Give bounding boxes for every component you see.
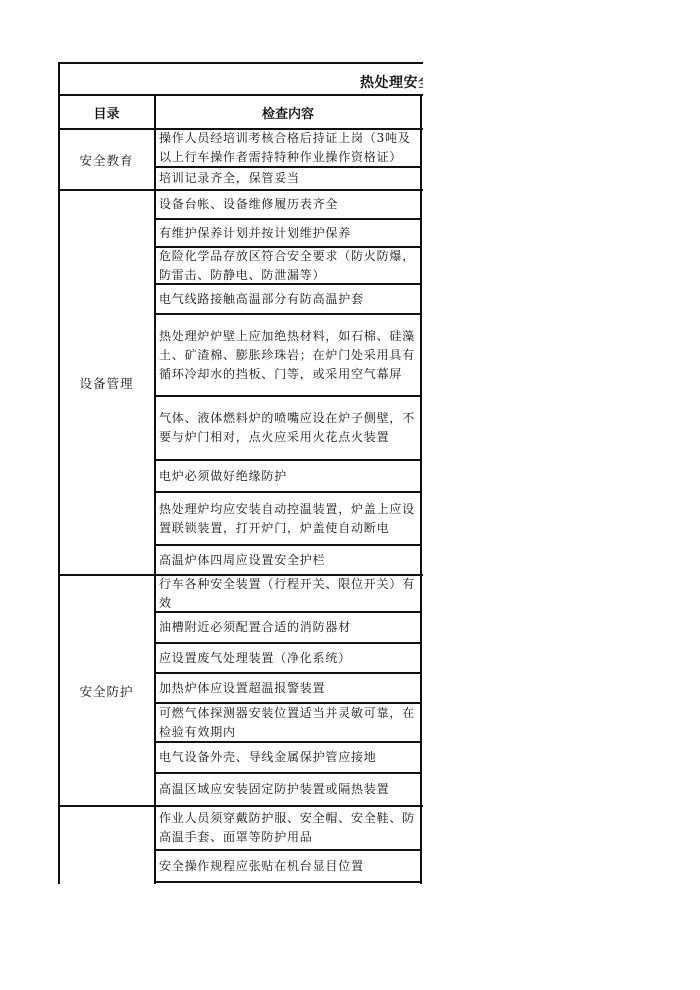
check-item: 电炉必须做好绝缘防护: [159, 467, 287, 486]
check-item: 可燃气体探测器安装位置适当并灵敏可靠，在检验有效期内: [159, 704, 417, 742]
table-row: 操作人员经培训考核合格后持证上岗（3吨及以上行车操作者需持特种作业操作资格证）: [155, 129, 421, 167]
row-divider: [155, 849, 422, 851]
table-border-left: [58, 62, 60, 884]
column-header-divider: [58, 128, 423, 130]
table-row: 气体、液体燃料炉的喷嘴应设在炉子侧壁，不要与炉门相对，点火应采用火花点火装置: [155, 396, 421, 460]
row-divider: [155, 395, 422, 397]
table-row: 行车各种安全装置（行程开关、限位开关）有效: [155, 575, 421, 612]
check-item: 热处理炉炉壁上应加绝热材料，如石棉、硅藻土、矿渣棉、膨胀珍珠岩；在炉门处采用具有…: [159, 327, 417, 384]
row-divider: [154, 881, 422, 883]
row-divider: [155, 611, 422, 613]
check-item: 行车各种安全装置（行程开关、限位开关）有效: [159, 575, 417, 613]
table-row: 有维护保养计划并按计划维护保养: [155, 219, 421, 247]
check-item: 气体、液体燃料炉的喷嘴应设在炉子侧壁，不要与炉门相对，点火应采用火花点火装置: [159, 409, 417, 447]
table-row: 作业人员须穿戴防护服、安全帽、安全鞋、防高温手套、面罩等防护用品: [155, 806, 421, 850]
group-divider: [58, 189, 423, 191]
table-row: 电炉必须做好绝缘防护: [155, 460, 421, 492]
table-row: 油槽附近必须配置合适的消防器材: [155, 612, 421, 643]
column-header-category: 目录: [58, 95, 155, 129]
check-item: 安全操作规程应张贴在机台显目位置: [159, 857, 364, 876]
column-header-content: 检查内容: [155, 95, 421, 129]
row-divider: [155, 741, 422, 743]
table-row: 高温区域应安装固定防护装置或隔热装置: [155, 773, 421, 806]
row-divider: [155, 642, 422, 644]
category-personal-protection: [58, 806, 155, 884]
column-divider: [154, 95, 156, 884]
category-safety-protection: 安全防护: [58, 575, 155, 806]
check-item: 加热炉体应设置超温报警装置: [159, 679, 325, 698]
table-row: 电气设备外壳、导线金属保护管应接地: [155, 742, 421, 773]
table-row: 应设置废气处理装置（净化系统）: [155, 643, 421, 673]
row-divider: [155, 218, 422, 220]
row-divider: [155, 544, 422, 546]
check-item: 培训记录齐全，保管妥当: [159, 169, 300, 188]
table-row: 安全操作规程应张贴在机台显目位置: [155, 850, 421, 882]
row-divider: [155, 166, 422, 168]
category-equipment-management: 设备管理: [58, 190, 155, 575]
group-divider: [58, 805, 423, 807]
check-item: 作业人员须穿戴防护服、安全帽、安全鞋、防高温手套、面罩等防护用品: [159, 809, 417, 847]
check-item: 油槽附近必须配置合适的消防器材: [159, 618, 351, 637]
check-item: 操作人员经培训考核合格后持证上岗（3吨及以上行车操作者需持特种作业操作资格证）: [159, 129, 417, 167]
check-item: 电气线路接触高温部分有防高温护套: [159, 290, 364, 309]
row-divider: [155, 672, 422, 674]
check-item: 设备台帐、设备维修履历表齐全: [159, 195, 338, 214]
row-divider: [155, 459, 422, 461]
table-title: 热处理安全检查表: [360, 72, 423, 92]
table-row: 加热炉体应设置超温报警装置: [155, 673, 421, 703]
row-divider: [155, 283, 422, 285]
table-row: 设备台帐、设备维修履历表齐全: [155, 190, 421, 219]
row-divider: [155, 772, 422, 774]
check-item: 有维护保养计划并按计划维护保养: [159, 224, 351, 243]
table-border-right: [420, 95, 422, 884]
table-row: 热处理炉炉壁上应加绝热材料，如石棉、硅藻土、矿渣棉、膨胀珍珠岩；在炉门处采用具有…: [155, 314, 421, 396]
table-row: 热处理炉均应安装自动控温装置，炉盖上应设置联锁装置，打开炉门，炉盖使自动断电: [155, 492, 421, 545]
row-divider: [155, 491, 422, 493]
check-item: 高温区域应安装固定防护装置或隔热装置: [159, 780, 389, 799]
row-divider: [155, 313, 422, 315]
check-item: 电气设备外壳、导线金属保护管应接地: [159, 748, 377, 767]
table-title-row: 热处理安全检查表: [58, 62, 423, 95]
table-row: 电气线路接触高温部分有防高温护套: [155, 284, 421, 314]
category-safety-education: 安全教育: [58, 129, 155, 190]
row-divider: [155, 702, 422, 704]
header-divider: [58, 94, 423, 96]
table-row: 可燃气体探测器安装位置适当并灵敏可靠，在检验有效期内: [155, 703, 421, 742]
row-divider: [155, 246, 422, 248]
check-item: 热处理炉均应安装自动控温装置，炉盖上应设置联锁装置，打开炉门，炉盖使自动断电: [159, 500, 417, 538]
check-item: 高温炉体四周应设置安全护栏: [159, 551, 325, 570]
group-divider: [58, 574, 423, 576]
table-row: 危险化学品存放区符合安全要求（防火防爆，防雷击、防静电、防泄漏等）: [155, 247, 421, 284]
check-item: 危险化学品存放区符合安全要求（防火防爆，防雷击、防静电、防泄漏等）: [159, 247, 417, 285]
document-page: 热处理安全检查表 目录 检查内容 安全教育 设备管理 安全防护 操作人员经培训考…: [0, 0, 700, 990]
inspection-table: 热处理安全检查表 目录 检查内容 安全教育 设备管理 安全防护 操作人员经培训考…: [58, 62, 423, 892]
table-row: 培训记录齐全，保管妥当: [155, 167, 421, 190]
table-row: 高温炉体四周应设置安全护栏: [155, 545, 421, 575]
check-item: 应设置废气处理装置（净化系统）: [159, 649, 351, 668]
